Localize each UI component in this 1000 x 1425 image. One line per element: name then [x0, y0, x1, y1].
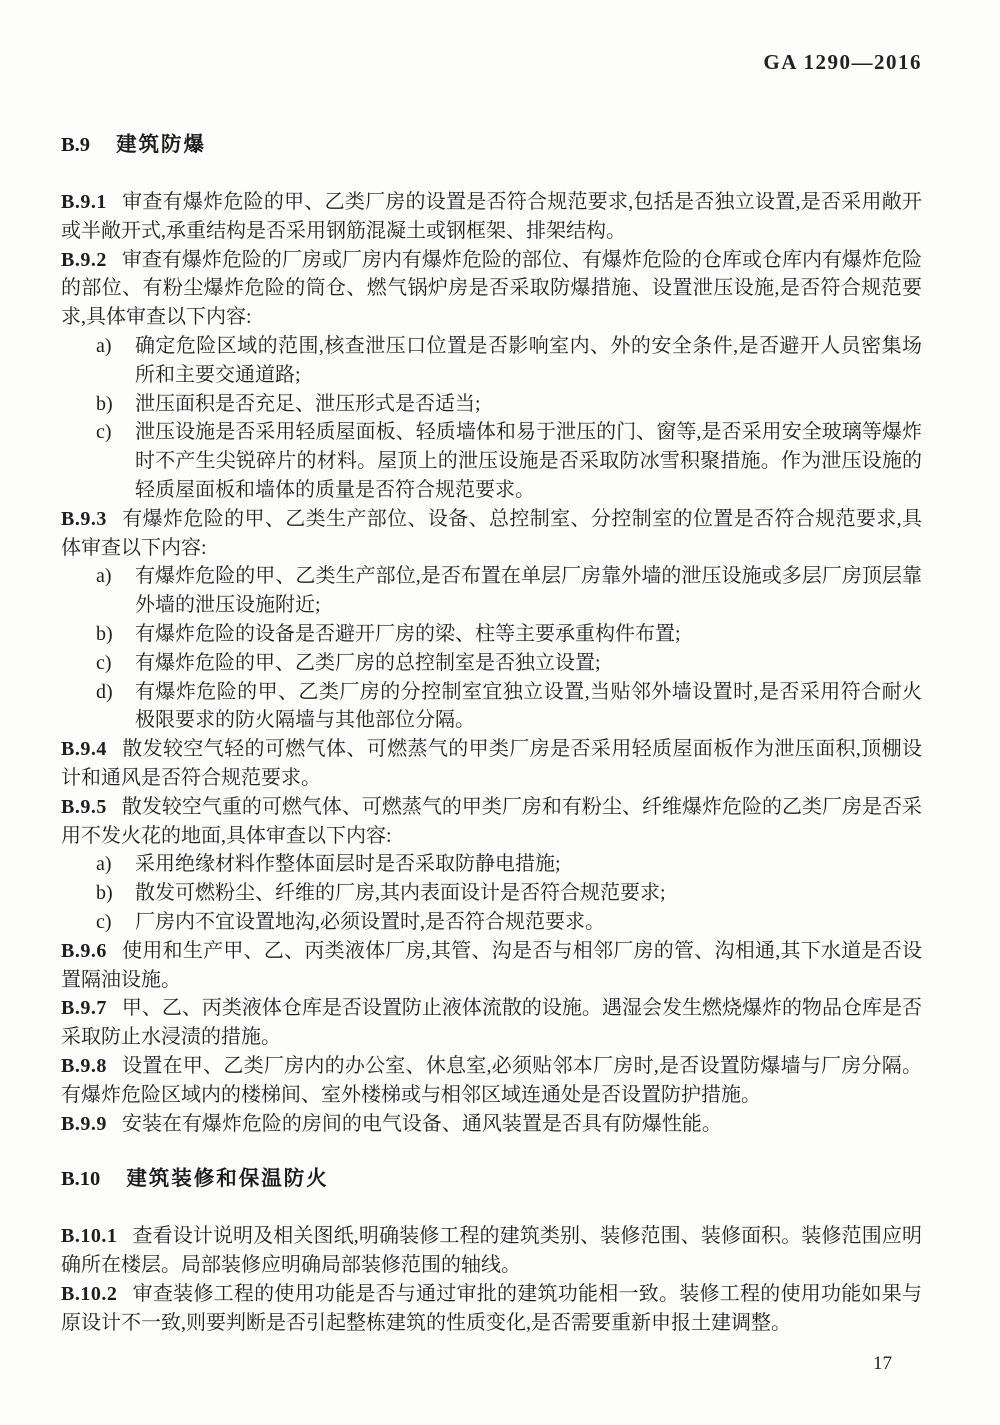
spacer	[61, 1192, 922, 1222]
clause-b9-6: B.9.6使用和生产甲、乙、丙类液体厂房,其管、沟是否与相邻厂房的管、沟相通,其…	[61, 937, 922, 995]
clause-text: 审查有爆炸危险的厂房或厂房内有爆炸危险的部位、有爆炸危险的仓库或仓库内有爆炸危险…	[61, 249, 922, 329]
clause-b9-3: B.9.3有爆炸危险的甲、乙类生产部位、设备、总控制室、分控制室的位置是否符合规…	[61, 505, 922, 563]
clause-text: 散发较空气重的可燃气体、可燃蒸气的甲类厂房和有粉尘、纤维爆炸危险的乙类厂房是否采…	[61, 796, 922, 847]
spacer	[61, 1138, 922, 1166]
list-item-marker: b)	[61, 390, 135, 419]
clause-b9-8: B.9.8设置在甲、乙类厂房内的办公室、休息室,必须贴邻本厂房时,是否设置防爆墙…	[61, 1052, 922, 1110]
section-heading-b10: B.10建筑装修和保温防火	[61, 1166, 922, 1192]
section-heading-title: 建筑装修和保温防火	[126, 1168, 329, 1190]
list-item-text: 确定危险区域的范围,核查泄压口位置是否影响室内、外的安全条件,是否避开人员密集场…	[135, 332, 922, 390]
clause-text: 散发较空气轻的可燃气体、可燃蒸气的甲类厂房是否采用轻质屋面板作为泄压面积,顶棚设…	[61, 738, 922, 789]
clause-b9-4: B.9.4散发较空气轻的可燃气体、可燃蒸气的甲类厂房是否采用轻质屋面板作为泄压面…	[61, 735, 922, 793]
list-item-marker: c)	[61, 649, 135, 678]
spacer	[61, 158, 922, 188]
section-heading-number: B.10	[61, 1166, 100, 1192]
list-item-marker: a)	[61, 562, 135, 620]
clause-b10-1: B.10.1查看设计说明及相关图纸,明确装修工程的建筑类别、装修范围、装修面积。…	[61, 1222, 922, 1280]
list-item-text: 有爆炸危险的甲、乙类厂房的分控制室宜独立设置,当贴邻外墙设置时,是否采用符合耐火…	[135, 678, 922, 736]
clause-text: 查看设计说明及相关图纸,明确装修工程的建筑类别、装修范围、装修面积。装修范围应明…	[61, 1225, 922, 1276]
list-item-b9-3-b: b) 有爆炸危险的设备是否避开厂房的梁、柱等主要承重构件布置;	[61, 620, 922, 649]
list-item-b9-2-a: a) 确定危险区域的范围,核查泄压口位置是否影响室内、外的安全条件,是否避开人员…	[61, 332, 922, 390]
list-item-marker: b)	[61, 620, 135, 649]
list-item-marker: c)	[61, 418, 135, 504]
clause-number: B.9.4	[61, 738, 107, 760]
clause-number: B.9.3	[61, 508, 107, 530]
list-item-b9-2-b: b) 泄压面积是否充足、泄压形式是否适当;	[61, 390, 922, 419]
list-item-b9-3-a: a) 有爆炸危险的甲、乙类生产部位,是否布置在单层厂房靠外墙的泄压设施或多层厂房…	[61, 562, 922, 620]
list-item-marker: a)	[61, 850, 135, 879]
section-heading-title: 建筑防爆	[116, 134, 206, 156]
clause-b9-1: B.9.1审查有爆炸危险的甲、乙类厂房的设置是否符合规范要求,包括是否独立设置,…	[61, 188, 922, 246]
clause-b9-2: B.9.2审查有爆炸危险的厂房或厂房内有爆炸危险的部位、有爆炸危险的仓库或仓库内…	[61, 246, 922, 332]
list-item-marker: a)	[61, 332, 135, 390]
list-item-text: 有爆炸危险的甲、乙类厂房的总控制室是否独立设置;	[135, 649, 922, 678]
document-code-header: GA 1290—2016	[61, 0, 922, 74]
clause-b9-9: B.9.9安装在有爆炸危险的房间的电气设备、通风装置是否具有防爆性能。	[61, 1110, 922, 1139]
clause-number: B.10.2	[61, 1283, 117, 1305]
list-item-b9-5-a: a) 采用绝缘材料作整体面层时是否采取防静电措施;	[61, 850, 922, 879]
clause-text: 甲、乙、丙类液体仓库是否设置防止液体流散的设施。遇湿会发生燃烧爆炸的物品仓库是否…	[61, 997, 922, 1048]
list-item-marker: c)	[61, 908, 135, 937]
clause-number: B.9.2	[61, 249, 107, 271]
clause-text: 设置在甲、乙类厂房内的办公室、休息室,必须贴邻本厂房时,是否设置防爆墙与厂房分隔…	[61, 1055, 922, 1106]
list-item-text: 有爆炸危险的甲、乙类生产部位,是否布置在单层厂房靠外墙的泄压设施或多层厂房顶层靠…	[135, 562, 922, 620]
list-item-marker: d)	[61, 678, 135, 736]
list-item-text: 采用绝缘材料作整体面层时是否采取防静电措施;	[135, 850, 922, 879]
clause-number: B.9.5	[61, 796, 107, 818]
clause-number: B.10.1	[61, 1225, 117, 1247]
list-item-b9-3-c: c) 有爆炸危险的甲、乙类厂房的总控制室是否独立设置;	[61, 649, 922, 678]
section-heading-b9: B.9建筑防爆	[61, 132, 922, 158]
list-item-b9-3-d: d) 有爆炸危险的甲、乙类厂房的分控制室宜独立设置,当贴邻外墙设置时,是否采用符…	[61, 678, 922, 736]
list-item-b9-2-c: c) 泄压设施是否采用轻质屋面板、轻质墙体和易于泄压的门、窗等,是否采用安全玻璃…	[61, 418, 922, 504]
page-number: 17	[61, 1352, 922, 1376]
list-item-b9-5-c: c) 厂房内不宜设置地沟,必须设置时,是否符合规范要求。	[61, 908, 922, 937]
clause-b10-2: B.10.2审查装修工程的使用功能是否与通过审批的建筑功能相一致。装修工程的使用…	[61, 1280, 922, 1338]
list-item-text: 泄压面积是否充足、泄压形式是否适当;	[135, 390, 922, 419]
section-heading-number: B.9	[61, 132, 90, 158]
clause-number: B.9.6	[61, 940, 107, 962]
clause-number: B.9.1	[61, 191, 107, 213]
list-item-text: 泄压设施是否采用轻质屋面板、轻质墙体和易于泄压的门、窗等,是否采用安全玻璃等爆炸…	[135, 418, 922, 504]
clause-text: 使用和生产甲、乙、丙类液体厂房,其管、沟是否与相邻厂房的管、沟相通,其下水道是否…	[61, 940, 922, 991]
document-page: GA 1290—2016 B.9建筑防爆 B.9.1审查有爆炸危险的甲、乙类厂房…	[0, 0, 1000, 1425]
list-item-text: 有爆炸危险的设备是否避开厂房的梁、柱等主要承重构件布置;	[135, 620, 922, 649]
clause-number: B.9.9	[61, 1113, 107, 1135]
clause-b9-5: B.9.5散发较空气重的可燃气体、可燃蒸气的甲类厂房和有粉尘、纤维爆炸危险的乙类…	[61, 793, 922, 851]
clause-text: 安装在有爆炸危险的房间的电气设备、通风装置是否具有防爆性能。	[122, 1113, 722, 1135]
list-item-text: 散发可燃粉尘、纤维的厂房,其内表面设计是否符合规范要求;	[135, 879, 922, 908]
clause-text: 有爆炸危险的甲、乙类生产部位、设备、总控制室、分控制室的位置是否符合规范要求,具…	[61, 508, 922, 559]
clause-number: B.9.8	[61, 1055, 107, 1077]
list-item-b9-5-b: b) 散发可燃粉尘、纤维的厂房,其内表面设计是否符合规范要求;	[61, 879, 922, 908]
clause-text: 审查有爆炸危险的甲、乙类厂房的设置是否符合规范要求,包括是否独立设置,是否采用敞…	[61, 191, 922, 242]
list-item-marker: b)	[61, 879, 135, 908]
clause-number: B.9.7	[61, 997, 107, 1019]
clause-text: 审查装修工程的使用功能是否与通过审批的建筑功能相一致。装修工程的使用功能如果与原…	[61, 1283, 922, 1334]
list-item-text: 厂房内不宜设置地沟,必须设置时,是否符合规范要求。	[135, 908, 922, 937]
clause-b9-7: B.9.7甲、乙、丙类液体仓库是否设置防止液体流散的设施。遇湿会发生燃烧爆炸的物…	[61, 994, 922, 1052]
